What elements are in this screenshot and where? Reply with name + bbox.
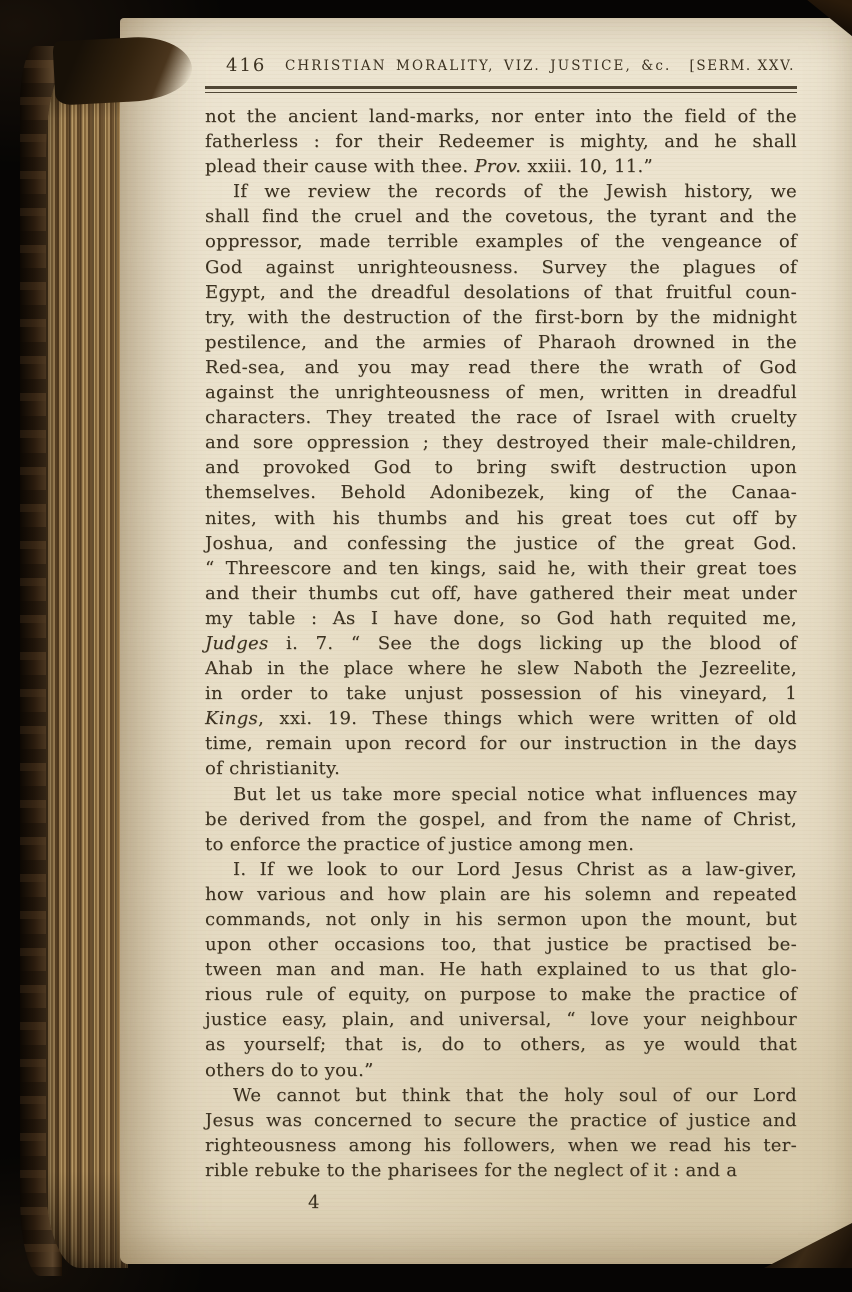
text-line: upon other occasions too, that justice b… <box>205 932 797 957</box>
text-line: But let us take more special notice what… <box>205 782 797 807</box>
text-line: and sore oppression ; they destroyed the… <box>205 430 797 455</box>
paragraph: We cannot but think that the holy soul o… <box>205 1083 797 1183</box>
text-line: themselves. Behold Adonibezek, king of t… <box>205 480 797 505</box>
text-line: be derived from the gospel, and from the… <box>205 807 797 832</box>
text-line: how various and how plain are his solemn… <box>205 882 797 907</box>
scanned-book-photo: 416 CHRISTIAN MORALITY, VIZ. JUSTICE, &c… <box>0 0 852 1292</box>
body-paragraphs: not the ancient land-marks, nor enter in… <box>205 104 797 1183</box>
paragraph: I. If we look to our Lord Jesus Christ a… <box>205 857 797 1083</box>
text-line: Ahab in the place where he slew Naboth t… <box>205 656 797 681</box>
text-line: and provoked God to bring swift destruct… <box>205 455 797 480</box>
text-line: in order to take unjust possession of hi… <box>205 681 797 706</box>
text-line: time, remain upon record for our instruc… <box>205 731 797 756</box>
paragraph: But let us take more special notice what… <box>205 782 797 857</box>
text-line: characters. They treated the race of Isr… <box>205 405 797 430</box>
text-line: justice easy, plain, and universal, “ lo… <box>205 1007 797 1032</box>
text-line: of christianity. <box>205 756 797 781</box>
text-line: Egypt, and the dreadful desolations of t… <box>205 280 797 305</box>
signature-mark: 4 <box>308 1192 797 1213</box>
text-line: Red-sea, and you may read there the wrat… <box>205 355 797 380</box>
text-line: try, with the destruction of the first-b… <box>205 305 797 330</box>
text-line: plead their cause with thee. Prov. xxiii… <box>205 154 797 179</box>
text-line: We cannot but think that the holy soul o… <box>205 1083 797 1108</box>
text-line: against the unrighteousness of men, writ… <box>205 380 797 405</box>
running-title: CHRISTIAN MORALITY, VIZ. JUSTICE, &c. <box>285 58 667 74</box>
text-line: Jesus was concerned to secure the practi… <box>205 1108 797 1133</box>
paragraph: If we review the records of the Jewish h… <box>205 179 797 781</box>
text-line: nites, with his thumbs and his great toe… <box>205 506 797 531</box>
header-double-rule <box>205 86 797 93</box>
page-number: 416 <box>226 55 266 76</box>
text-line: rious rule of equity, on purpose to make… <box>205 982 797 1007</box>
text-line: If we review the records of the Jewish h… <box>205 179 797 204</box>
page-content: 416 CHRISTIAN MORALITY, VIZ. JUSTICE, &c… <box>205 54 797 1213</box>
text-line: “ Threescore and ten kings, said he, wit… <box>205 556 797 581</box>
text-line: and their thumbs cut off, have gathered … <box>205 581 797 606</box>
text-line: I. If we look to our Lord Jesus Christ a… <box>205 857 797 882</box>
text-line: not the ancient land-marks, nor enter in… <box>205 104 797 129</box>
text-line: commands, not only in his sermon upon th… <box>205 907 797 932</box>
text-line: fatherless : for their Redeemer is might… <box>205 129 797 154</box>
text-line: my table : As I have done, so God hath r… <box>205 606 797 631</box>
text-line: Joshua, and confessing the justice of th… <box>205 531 797 556</box>
text-line: God against unrighteousness. Survey the … <box>205 255 797 280</box>
paragraph: not the ancient land-marks, nor enter in… <box>205 104 797 179</box>
text-line: shall find the cruel and the covetous, t… <box>205 204 797 229</box>
text-line: Judges i. 7. “ See the dogs licking up t… <box>205 631 797 656</box>
text-line: rible rebuke to the pharisees for the ne… <box>205 1158 797 1183</box>
text-line: to enforce the practice of justice among… <box>205 832 797 857</box>
text-line: others do to you.” <box>205 1058 797 1083</box>
text-line: Kings, xxi. 19. These things which were … <box>205 706 797 731</box>
text-line: righteousness among his followers, when … <box>205 1133 797 1158</box>
text-line: tween man and man. He hath explained to … <box>205 957 797 982</box>
text-line: as yourself; that is, do to others, as y… <box>205 1032 797 1057</box>
text-line: oppressor, made terrible examples of the… <box>205 229 797 254</box>
section-reference: [SERM. XXV. <box>690 58 795 74</box>
page-header: 416 CHRISTIAN MORALITY, VIZ. JUSTICE, &c… <box>205 54 797 80</box>
text-line: pestilence, and the armies of Pharaoh dr… <box>205 330 797 355</box>
page-edge-stack <box>46 58 128 1268</box>
